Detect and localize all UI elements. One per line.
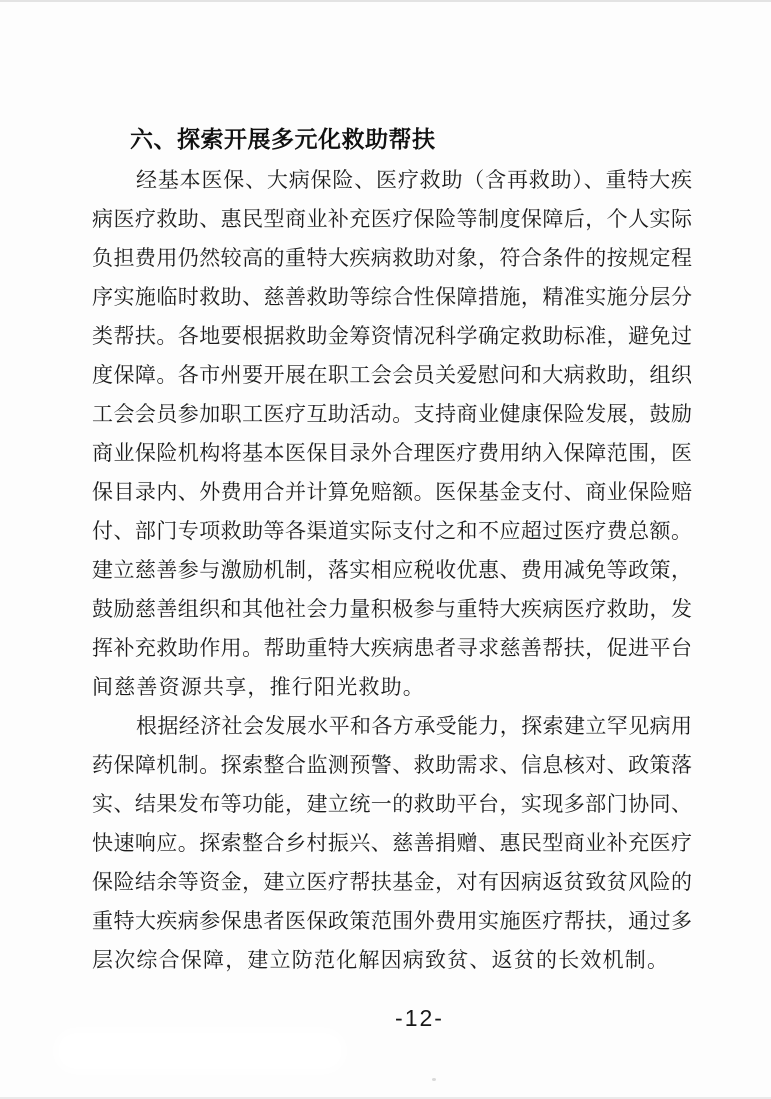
scan-artifact-top-edge — [0, 0, 771, 2]
text-line: 鼓励慈善组织和其他社会力量积极参与重特大疾病医疗救助，发 — [92, 590, 692, 629]
paragraph-2: 根据经济社会发展水平和各方承受能力，探索建立罕见病用药保障机制。探索整合监测预警… — [92, 707, 692, 980]
text-line: 序实施临时救助、慈善救助等综合性保障措施，精准实施分层分 — [92, 278, 692, 317]
text-line: 重特大疾病参保患者医保政策范围外费用实施医疗帮扶，通过多 — [92, 902, 692, 941]
text-line: 保目录内、外费用合并计算免赔额。医保基金支付、商业保险赔 — [92, 473, 692, 512]
scan-artifact-light-patch — [55, 1030, 345, 1072]
text-line: 间慈善资源共享，推行阳光救助。 — [92, 668, 692, 707]
text-line: 实、结果发布等功能，建立统一的救助平台，实现多部门协同、 — [92, 785, 692, 824]
text-line: 建立慈善参与激励机制，落实相应税收优惠、费用减免等政策， — [92, 551, 692, 590]
text-line: 保险结余等资金，建立医疗帮扶基金，对有因病返贫致贫风险的 — [92, 863, 692, 902]
scan-artifact-smudge — [432, 1078, 436, 1081]
text-line: 度保障。各市州要开展在职工会会员关爱慰问和大病救助，组织 — [92, 356, 692, 395]
document-page: 六、探索开展多元化救助帮扶 经基本医保、大病保险、医疗救助（含再救助）、重特大疾… — [0, 0, 771, 1099]
page-number: -12- — [34, 1005, 771, 1032]
text-line: 药保障机制。探索整合监测预警、救助需求、信息核对、政策落 — [92, 746, 692, 785]
text-line: 根据经济社会发展水平和各方承受能力，探索建立罕见病用 — [92, 707, 692, 746]
text-line: 付、部门专项救助等各渠道实际支付之和不应超过医疗费总额。 — [92, 512, 692, 551]
text-line: 挥补充救助作用。帮助重特大疾病患者寻求慈善帮扶，促进平台 — [92, 629, 692, 668]
paragraph-1: 经基本医保、大病保险、医疗救助（含再救助）、重特大疾病医疗救助、惠民型商业补充医… — [92, 161, 692, 707]
text-line: 快速响应。探索整合乡村振兴、慈善捐赠、惠民型商业补充医疗 — [92, 824, 692, 863]
text-line: 类帮扶。各地要根据救助金筹资情况科学确定救助标准，避免过 — [92, 317, 692, 356]
text-line: 经基本医保、大病保险、医疗救助（含再救助）、重特大疾 — [92, 161, 692, 200]
text-line: 负担费用仍然较高的重特大疾病救助对象，符合条件的按规定程 — [92, 239, 692, 278]
document-body: 六、探索开展多元化救助帮扶 经基本医保、大病保险、医疗救助（含再救助）、重特大疾… — [92, 119, 692, 980]
text-line: 层次综合保障，建立防范化解因病致贫、返贫的长效机制。 — [92, 941, 692, 980]
section-heading: 六、探索开展多元化救助帮扶 — [92, 119, 692, 161]
text-line: 病医疗救助、惠民型商业补充医疗保险等制度保障后，个人实际 — [92, 200, 692, 239]
text-line: 商业保险机构将基本医保目录外合理医疗费用纳入保障范围，医 — [92, 434, 692, 473]
text-line: 工会会员参加职工医疗互助活动。支持商业健康保险发展，鼓励 — [92, 395, 692, 434]
